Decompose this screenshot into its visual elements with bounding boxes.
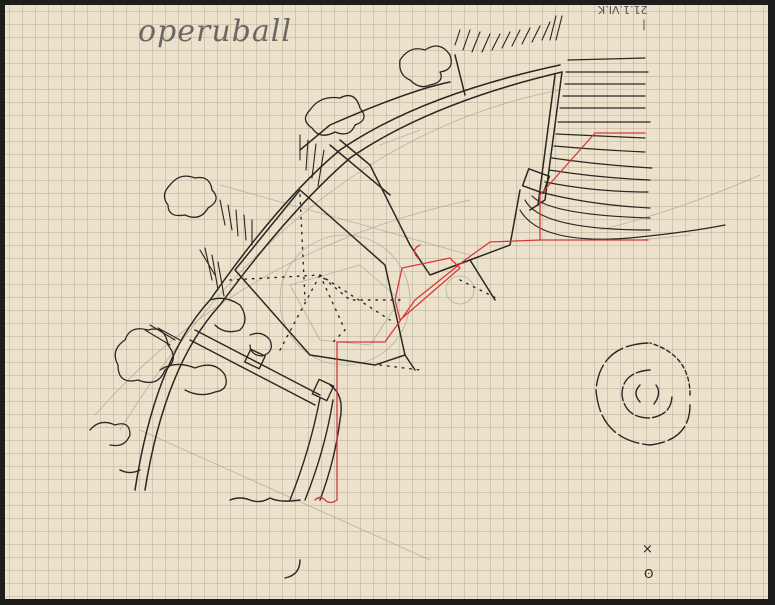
stepped-amphitheater-seating: [520, 58, 725, 239]
pencil-construction-lines: [95, 90, 760, 560]
concentric-spiral-circle: [596, 343, 690, 445]
diagonal-walkway: [120, 330, 341, 578]
octagonal-pavilion: [235, 140, 520, 370]
curved-colonnade-wall: [135, 55, 562, 490]
tree-clusters: [90, 46, 451, 446]
architectural-sketch: [0, 0, 775, 605]
red-axis-path: [315, 133, 648, 503]
